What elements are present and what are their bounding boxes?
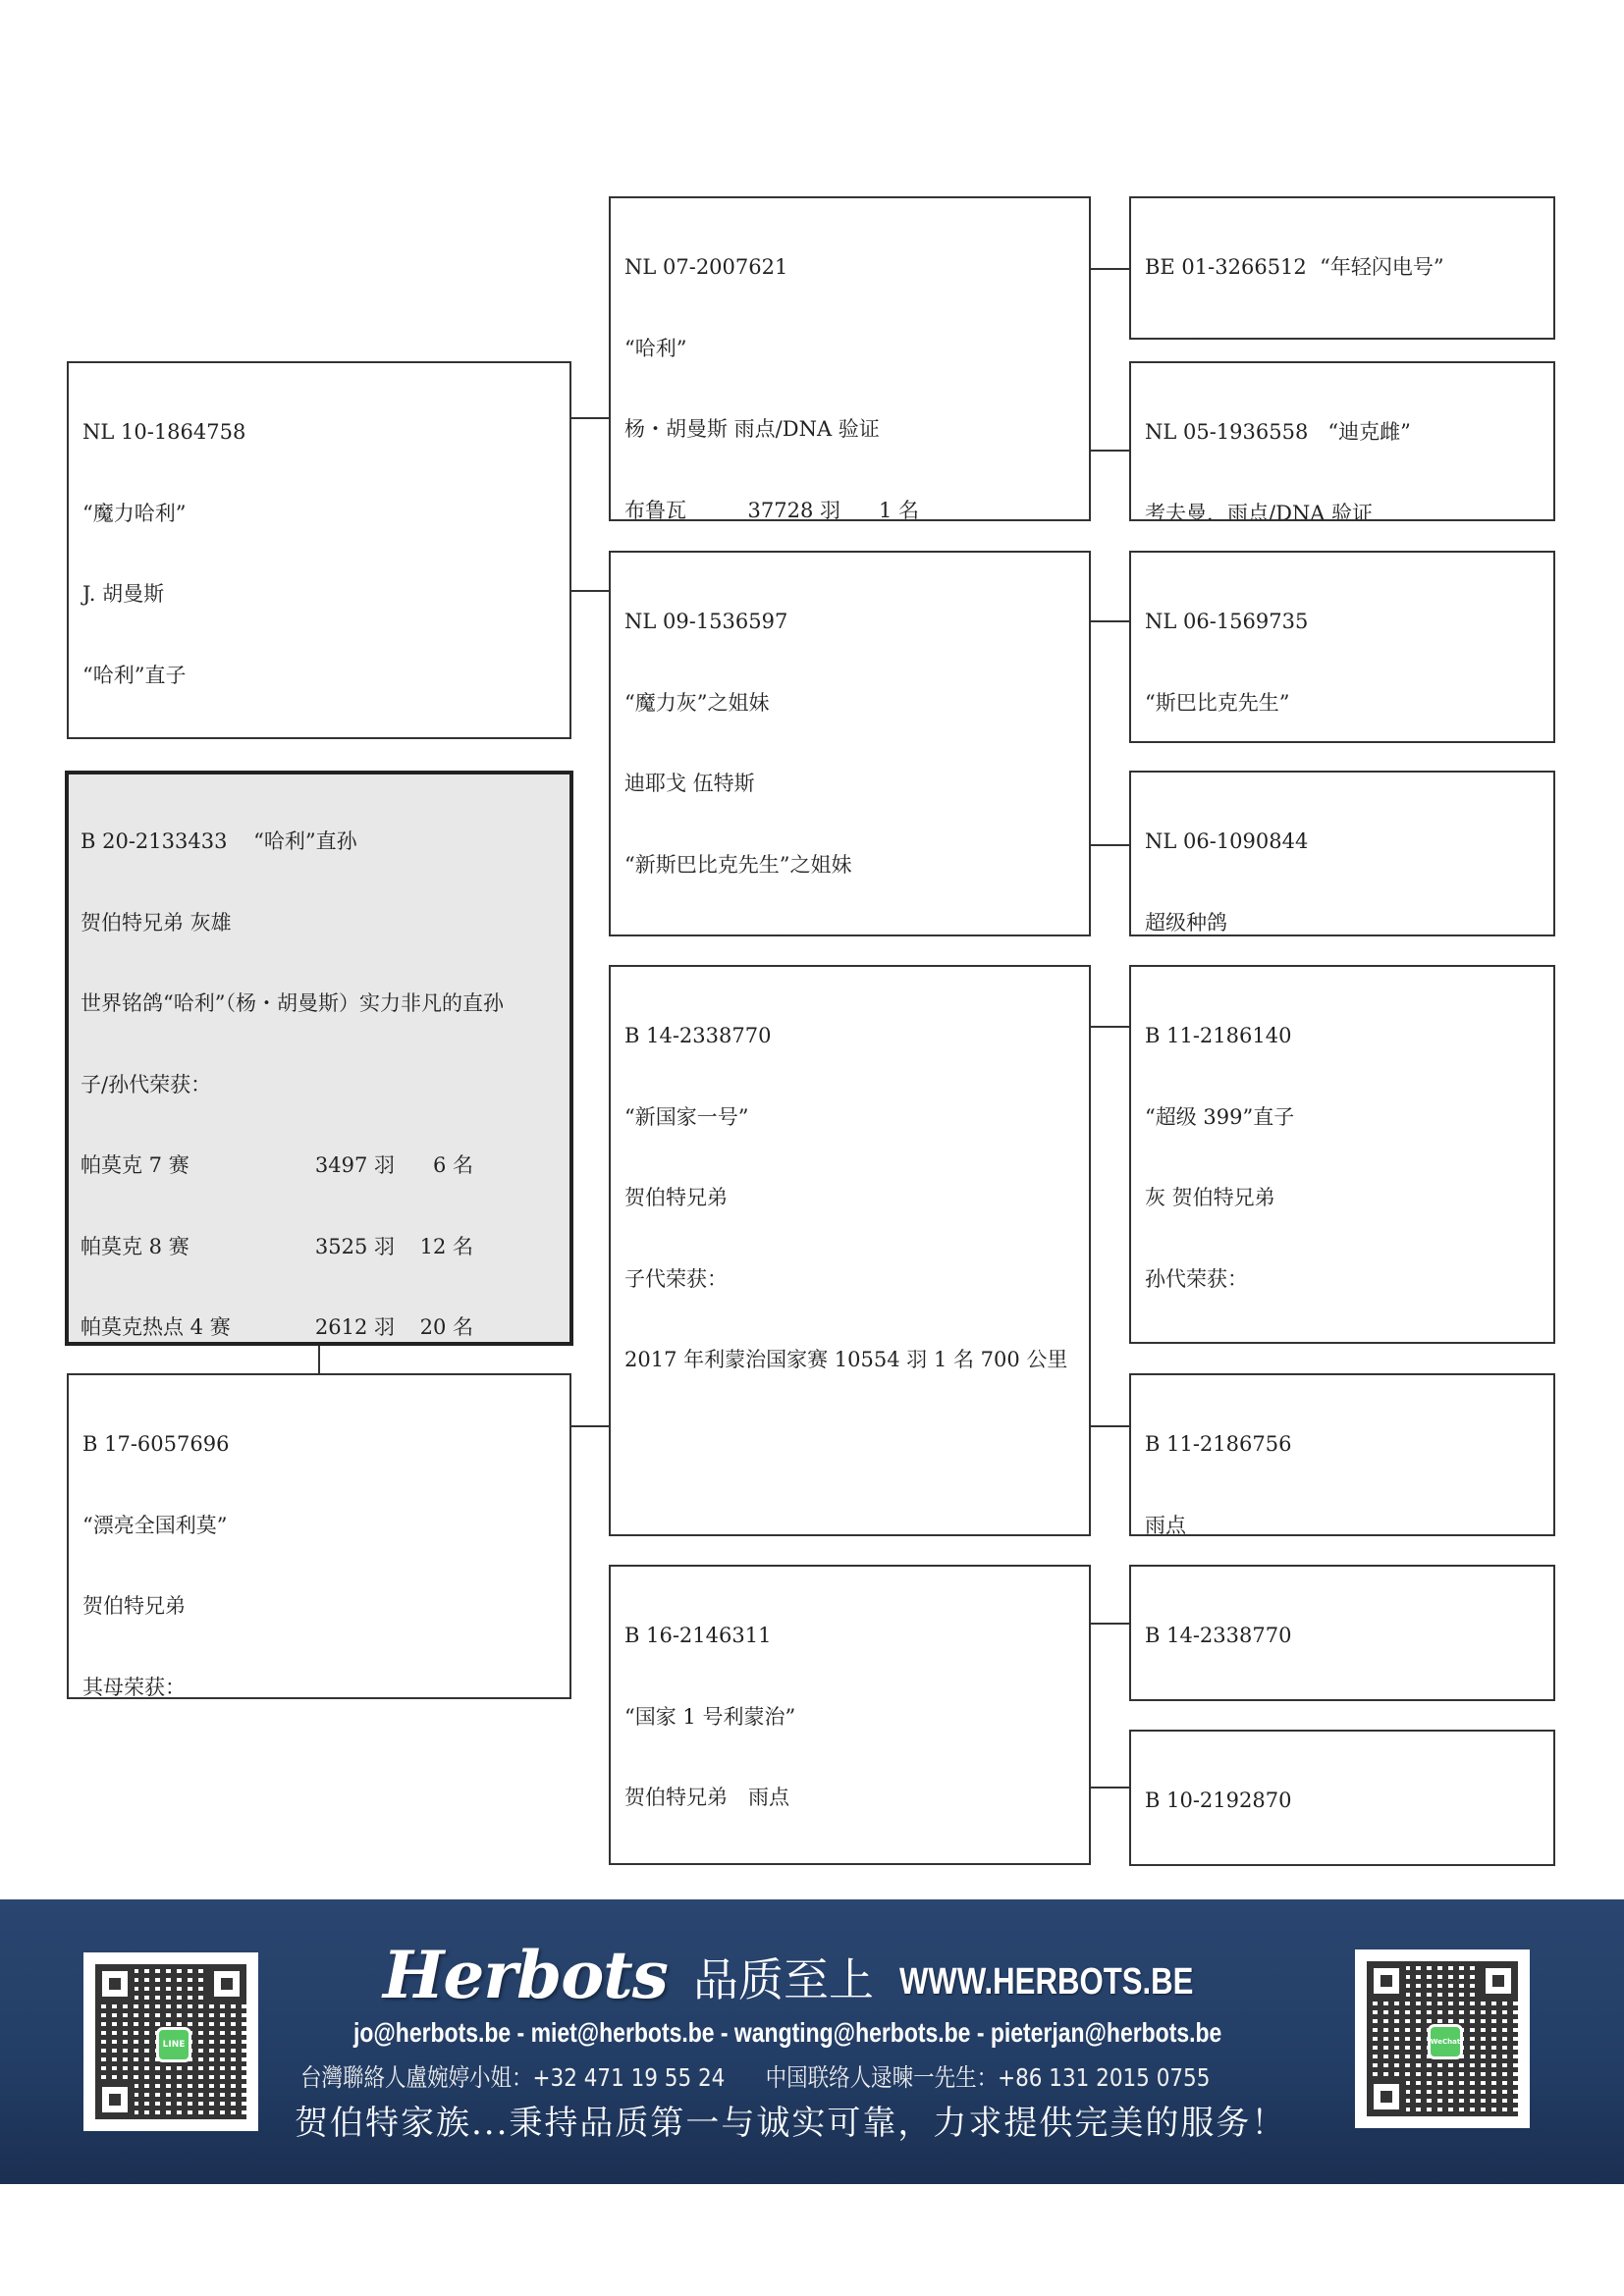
- contact-china: 中国联络人逯暕一先生：+86 131 2015 0755: [766, 2063, 1211, 2092]
- card-line: 雨点: [1145, 1513, 1540, 1537]
- email-links[interactable]: jo@herbots.be - miet@herbots.be - wangti…: [353, 2017, 1221, 2049]
- slogan: 品质至上: [693, 1950, 874, 2009]
- ggp-card-3: NL 06-1569735 “斯巴比克先生” 彼得・文斯特拉 后代荣获： 沙勒维…: [1129, 551, 1555, 743]
- connector: [1090, 1026, 1129, 1028]
- sire-sire-card: NL 07-2007621 “哈利” 杨・胡曼斯 雨点/DNA 验证 布鲁瓦37…: [609, 196, 1091, 521]
- card-header: BE 01-3266512 “年轻闪电号”: [1145, 254, 1540, 282]
- card-line: “超级 399”直子: [1145, 1104, 1540, 1132]
- card-line: “新国家一号”: [624, 1104, 1075, 1132]
- ring-number: NL 09-1536597: [624, 609, 1075, 636]
- card-line: 灰 贺伯特兄弟: [1145, 1185, 1540, 1212]
- card-line: “斯巴比克先生”: [1145, 690, 1540, 718]
- herbots-logo: Herbots: [383, 1941, 668, 2009]
- connector: [570, 417, 610, 419]
- ring-number: NL 06-1569735: [1145, 609, 1540, 636]
- ring-number: B 17-6057696: [82, 1431, 556, 1459]
- ggp-card-6: B 11-2186756 雨点 “国家 1 号”回血 贺伯特兄弟 孙代荣获：20…: [1129, 1373, 1555, 1536]
- card-line: 平辈“魔力灰”荣获：: [624, 933, 1075, 936]
- sire-dam-card: NL 09-1536597 “魔力灰”之姐妹 迪耶戈 伍特斯 “新斯巴比克先生”…: [609, 551, 1091, 936]
- connector: [570, 1425, 610, 1427]
- ring-number: NL 06-1090844: [1145, 828, 1540, 856]
- dam-sire-card: B 14-2338770 “新国家一号” 贺伯特兄弟 子代荣获： 2017 年利…: [609, 965, 1091, 1536]
- card-line: 贺伯特兄弟 雨点: [624, 1785, 1075, 1812]
- line-qr-code[interactable]: LINE: [83, 1952, 258, 2131]
- ring-number: NL 05-1936558: [1145, 420, 1308, 444]
- wechat-icon: WeChat: [1428, 2024, 1463, 2059]
- card-line: 考夫曼，雨点/DNA 验证: [1145, 501, 1540, 522]
- card-line: “漂亮全国利莫”: [82, 1513, 556, 1540]
- card-line: 迪耶戈 伍特斯: [624, 771, 1075, 798]
- subject-description: 世界铭鸽“哈利”（杨・胡曼斯）实力非凡的直孙: [81, 990, 558, 1018]
- connector: [318, 1346, 320, 1373]
- subject-title: “哈利”直孙: [253, 829, 356, 853]
- ggp-card-7: B 14-2338770 “新国家一号” 贺伯特兄弟 子代荣获：2017 年利蒙…: [1129, 1565, 1555, 1701]
- website-link[interactable]: WWW.HERBOTS.BE: [899, 1954, 1193, 2009]
- footer-banner: LINE Herbots 品质至上 WWW.HERBOTS.BE jo@herb…: [0, 1899, 1624, 2184]
- connector: [1090, 1425, 1129, 1427]
- qr-pattern: LINE: [95, 1964, 246, 2119]
- brand-line: Herbots 品质至上 WWW.HERBOTS.BE: [383, 1941, 1258, 2009]
- ring-number: B 16-2146311: [624, 1623, 1075, 1650]
- ring-number: B 11-2186140: [1145, 1023, 1540, 1050]
- result-row: 布鲁瓦37728 羽1 名: [624, 498, 1075, 522]
- card-line: “国家 1 号利蒙治”: [624, 1704, 1075, 1732]
- card-line: 孙代荣获：: [1145, 1266, 1540, 1294]
- card-line: 贺伯特兄弟: [624, 1185, 1075, 1212]
- card-line: 贺伯特兄弟: [82, 1593, 556, 1621]
- card-line: 子代荣获：: [624, 1266, 1075, 1294]
- motto: 贺伯特家族...秉持品质第一与诚实可靠，力求提供完美的服务！: [295, 2096, 1286, 2144]
- connector: [1090, 1787, 1129, 1789]
- line-icon: LINE: [156, 2027, 191, 2062]
- card-line: 凡德纳比，灰/DNA 验证: [1145, 336, 1540, 341]
- card-line: 超级种鸽: [1145, 910, 1540, 937]
- result-row: 帕莫克 8 赛3525 羽12 名: [81, 1234, 558, 1261]
- ggp-card-8: B 10-2192870 “麦格纳姆最佳号” 雨点 贺伯特兄弟 子代荣获：201…: [1129, 1730, 1555, 1866]
- ring-number: BE 01-3266512: [1145, 255, 1307, 279]
- card-line: “魔力灰”之姐妹: [624, 690, 1075, 718]
- ring-number: B 11-2186756: [1145, 1431, 1540, 1459]
- dam-card: B 17-6057696 “漂亮全国利莫” 贺伯特兄弟 其母荣获： 2017 年…: [67, 1373, 571, 1699]
- ring-number: B 14-2338770: [1145, 1623, 1540, 1650]
- card-line: J. 胡曼斯: [82, 581, 556, 609]
- contact-taiwan: 台灣聯絡人盧婉婷小姐：+32 471 19 55 24: [300, 2063, 725, 2092]
- card-line: 贺伯特兄弟 灰雄: [81, 910, 558, 937]
- ring-number: B 10-2192870: [1145, 1788, 1540, 1815]
- result-line: 2017 年利蒙治国家赛 10554 羽 1 名 700 公里: [624, 1347, 1075, 1374]
- result-row: 帕莫克 7 赛3497 羽6 名: [81, 1152, 558, 1180]
- connector: [570, 590, 610, 592]
- card-line: “哈利”直子: [82, 663, 556, 690]
- dam-dam-card: B 16-2146311 “国家 1 号利蒙治” 贺伯特兄弟 雨点 2017 年…: [609, 1565, 1091, 1865]
- card-line: 其母荣获：: [82, 1675, 556, 1700]
- ring-number: B 14-2338770: [624, 1023, 1075, 1050]
- pigeon-name: “年轻闪电号”: [1320, 255, 1443, 279]
- subject-header: B 20-2133433 “哈利”直孙: [81, 828, 558, 856]
- ring-number: NL 10-1864758: [82, 419, 556, 447]
- subject-card: B 20-2133433 “哈利”直孙 贺伯特兄弟 灰雄 世界铭鸽“哈利”（杨・…: [65, 771, 573, 1346]
- connector: [1090, 620, 1129, 622]
- wechat-qr-code[interactable]: WeChat: [1355, 1949, 1530, 2128]
- pigeon-name: “迪克雌”: [1327, 420, 1410, 444]
- ggp-card-2: NL 05-1936558 “迪克雌” 考夫曼，雨点/DNA 验证 超级种雌 子…: [1129, 361, 1555, 521]
- ggp-card-4: NL 06-1090844 超级种鸽 考克・格鲁恩 超级种雌 后代荣获： 沙勒维…: [1129, 771, 1555, 936]
- qr-pattern: WeChat: [1367, 1961, 1518, 2116]
- ggp-card-5: B 11-2186140 “超级 399”直子 灰 贺伯特兄弟 孙代荣获： 20…: [1129, 965, 1555, 1344]
- card-line: 杨・胡曼斯 雨点/DNA 验证: [624, 416, 1075, 444]
- sire-card: NL 10-1864758 “魔力哈利” J. 胡曼斯 “哈利”直子 子代荣获：…: [67, 361, 571, 739]
- result-row: 帕莫克热点 4 赛2612 羽20 名: [81, 1314, 558, 1342]
- connector: [1090, 450, 1129, 452]
- card-line: “魔力哈利”: [82, 501, 556, 528]
- ring-number: NL 07-2007621: [624, 254, 1075, 282]
- connector: [1090, 844, 1129, 846]
- ring-number: B 20-2133433: [81, 829, 227, 853]
- ggp-card-1: BE 01-3266512 “年轻闪电号” 凡德纳比，灰/DNA 验证 超级种鸽…: [1129, 196, 1555, 340]
- card-line: “哈利”: [624, 336, 1075, 363]
- card-line: “新斯巴比克先生”之姐妹: [624, 852, 1075, 880]
- card-header: NL 05-1936558 “迪克雌”: [1145, 419, 1540, 447]
- results-heading: 子/孙代荣获：: [81, 1072, 558, 1099]
- contact-info: 台灣聯絡人盧婉婷小姐：+32 471 19 55 24 中国联络人逯暕一先生：+…: [300, 2058, 1210, 2094]
- connector: [1090, 1623, 1129, 1625]
- connector: [1090, 268, 1129, 270]
